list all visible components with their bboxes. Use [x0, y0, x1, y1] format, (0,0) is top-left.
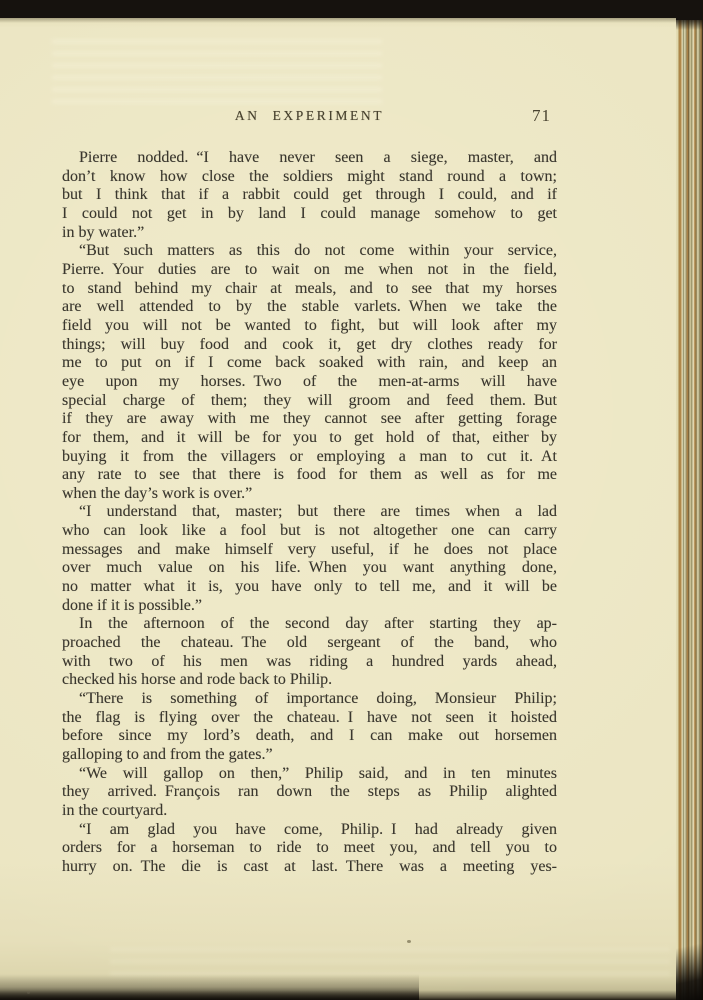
text-line: Pierre. Your duties are to wait on me wh…: [62, 261, 557, 280]
text-line: galloping to and from the gates.”: [62, 746, 557, 765]
paragraph: Pierre nodded. “I have never seen a sieg…: [62, 149, 557, 242]
scan-streak-artifact: [52, 40, 382, 112]
text-line: me to put on if I come back soaked with …: [62, 354, 557, 373]
body-text: Pierre nodded. “I have never seen a sieg…: [62, 149, 557, 877]
text-line: when the day’s work is over.”: [62, 485, 557, 504]
text-line: to stand behind my chair at meals, and t…: [62, 280, 557, 299]
text-line: orders for a horseman to ride to meet yo…: [62, 839, 557, 858]
text-line: messages and make himself very useful, i…: [62, 541, 557, 560]
text-line: if they are away with me they cannot see…: [62, 410, 557, 429]
text-line: done if it is possible.”: [62, 597, 557, 616]
paragraph: “We will gallop on then,” Philip said, a…: [62, 765, 557, 821]
text-line: proached the chateau. The old sergeant o…: [62, 634, 557, 653]
text-line: things; will buy food and cook it, get d…: [62, 336, 557, 355]
text-line: “I understand that, master; but there ar…: [62, 503, 557, 522]
text-line: Pierre nodded. “I have never seen a sieg…: [62, 149, 557, 168]
text-line: over much value on his life. When you wa…: [62, 559, 557, 578]
text-line: they arrived. François ran down the step…: [62, 783, 557, 802]
text-line: checked his horse and rode back to Phili…: [62, 671, 557, 690]
paragraph: “I understand that, master; but there ar…: [62, 503, 557, 615]
text-line: in the courtyard.: [62, 802, 557, 821]
text-line: eye upon my horses. Two of the men-at-ar…: [62, 373, 557, 392]
scan-speck-artifact: [27, 991, 30, 994]
text-line: who can look like a fool but is not alto…: [62, 522, 557, 541]
text-line: any rate to see that there is food for t…: [62, 466, 557, 485]
text-line: field you will not be wanted to fight, b…: [62, 317, 557, 336]
text-line: I could not get in by land I could manag…: [62, 205, 557, 224]
text-line: no matter what it is, you have only to t…: [62, 578, 557, 597]
book-scan: AN EXPERIMENT 71 Pierre nodded. “I have …: [0, 0, 703, 1000]
text-line: before since my lord’s death, and I can …: [62, 727, 557, 746]
text-line: In the afternoon of the second day after…: [62, 615, 557, 634]
text-line: “I am glad you have come, Philip. I had …: [62, 821, 557, 840]
text-line: but I think that if a rabbit could get t…: [62, 186, 557, 205]
text-line: don’t know how close the soldiers might …: [62, 168, 557, 187]
scan-speck-artifact: [407, 940, 411, 943]
page-header: AN EXPERIMENT 71: [62, 108, 557, 130]
text-line: special charge of them; they will groom …: [62, 392, 557, 411]
running-title: AN EXPERIMENT: [62, 108, 557, 124]
paragraph: “But such matters as this do not come wi…: [62, 242, 557, 503]
text-line: buying it from the villagers or employin…: [62, 448, 557, 467]
paragraph: In the afternoon of the second day after…: [62, 615, 557, 690]
paragraph: “I am glad you have come, Philip. I had …: [62, 821, 557, 877]
scan-streak-artifact: [110, 948, 670, 982]
text-line: with two of his men was riding a hundred…: [62, 653, 557, 672]
text-line: “There is something of importance doing,…: [62, 690, 557, 709]
book-fore-edge: [676, 20, 703, 1000]
text-line: are well attended to by the stable varle…: [62, 298, 557, 317]
text-line: “But such matters as this do not come wi…: [62, 242, 557, 261]
page-number: 71: [532, 106, 551, 126]
book-page: AN EXPERIMENT 71 Pierre nodded. “I have …: [0, 18, 676, 1000]
text-line: the flag is flying over the chateau. I h…: [62, 709, 557, 728]
text-line: “We will gallop on then,” Philip said, a…: [62, 765, 557, 784]
text-line: for them, and it will be for you to get …: [62, 429, 557, 448]
text-line: in by water.”: [62, 224, 557, 243]
text-line: hurry on. The die is cast at last. There…: [62, 858, 557, 877]
paragraph: “There is something of importance doing,…: [62, 690, 557, 765]
